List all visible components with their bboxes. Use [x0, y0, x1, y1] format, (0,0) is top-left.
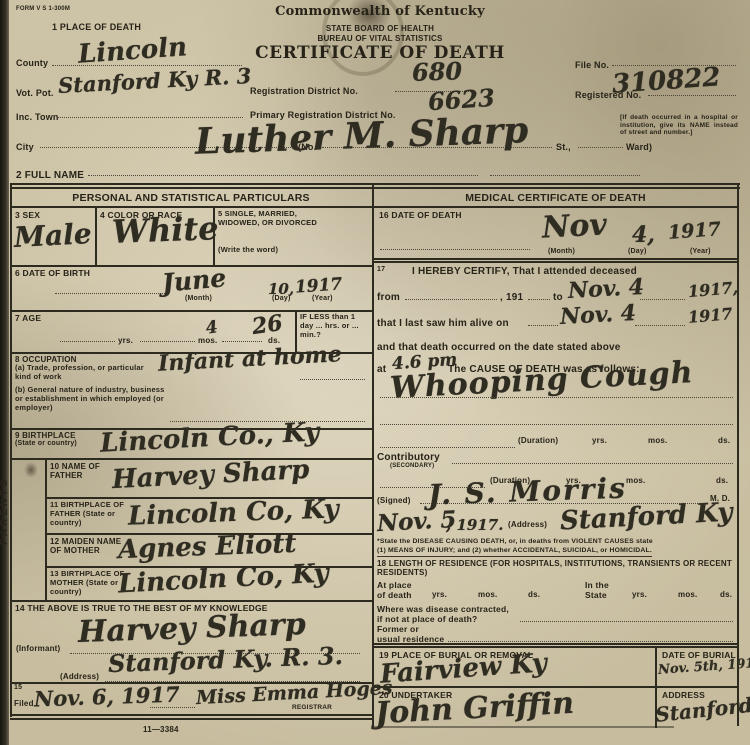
city-ward-leader: [578, 140, 623, 148]
footnote-line2: (1) MEANS OF INJURY; and (2) whether ACC…: [377, 547, 652, 557]
cause-leader1: [380, 390, 733, 398]
duration-leader0: [380, 440, 515, 448]
scan-edge-bar: [0, 0, 9, 745]
signed-address-value: Stanford Ky: [559, 500, 733, 535]
residence-label: 18 LENGTH OF RESIDENCE (FOR HOSPITALS, I…: [377, 559, 733, 578]
item-15-number: 15: [14, 684, 22, 692]
dob-label: 6 DATE OF BIRTH: [15, 268, 90, 278]
footnote-line1: *State the DISEASE CAUSING DEATH, or, in…: [377, 538, 653, 546]
contributory-leader: [452, 456, 733, 464]
to-label: to: [553, 292, 563, 304]
birthplace-hint: (State or country): [15, 440, 77, 448]
race-value: White: [111, 212, 219, 248]
hospital-note: [If death occurred in a hospital or inst…: [620, 114, 738, 137]
ink-blot: [24, 462, 38, 478]
birthplace-value: Lincoln Co., Ky: [99, 419, 319, 456]
to-year-value: 1917,: [687, 280, 738, 300]
registered-no-value: 310822: [611, 64, 721, 98]
last-saw-label: that I last saw him alive on: [377, 318, 509, 330]
occupation-value: Infant at home: [158, 343, 343, 375]
item-17-number: 17: [377, 266, 385, 274]
date-of-death-label: 16 DATE OF DEATH: [379, 210, 462, 220]
marital-label: 5 SINGLE, MARRIED, WIDOWED, OR DIVORCED: [218, 210, 330, 228]
father-birthplace-value: Lincoln Co, Ky: [128, 496, 340, 529]
age-yrs-label: yrs.: [118, 336, 133, 345]
medical-section-title: MEDICAL CERTIFICATE OF DEATH: [374, 192, 737, 204]
dod-month-value: Nov: [541, 210, 607, 243]
dod-day-value: 4,: [632, 224, 655, 246]
informant-label: (Informant): [16, 644, 60, 653]
vot-pot-value: Stanford Ky R. 3: [58, 65, 252, 96]
registration-district-label: Registration District No.: [250, 86, 358, 97]
duration2-mos-label: mos.: [626, 476, 645, 485]
dob-month-value: June: [161, 265, 227, 295]
sex-label: 3 SEX: [15, 210, 40, 220]
city-label: City: [16, 142, 34, 153]
duration-yrs-label: yrs.: [592, 436, 607, 445]
state-label: State: [585, 590, 607, 600]
death-certificate-scan: FORM V S 1-300M 1 PLACE OF DEATH Commonw…: [0, 0, 750, 745]
dob-year-caption: (Year): [312, 295, 333, 303]
dod-year-caption: (Year): [690, 248, 711, 256]
res2-mos-label: mos.: [678, 590, 697, 599]
place-of-death-label: 1 PLACE OF DEATH: [52, 22, 141, 33]
undertaker-value: John Griffin: [374, 689, 574, 729]
father-name-label: 10 NAME OF FATHER: [50, 462, 120, 481]
form-code: FORM V S 1-300M: [16, 6, 70, 13]
of-death-label: of death: [377, 590, 412, 600]
bureau-heading: BUREAU OF VITAL STATISTICS: [255, 34, 505, 43]
informant-address-value: Stanford Ky. R. 3.: [108, 644, 344, 676]
res2-ds-label: ds.: [720, 590, 732, 599]
city-st-label: St.,: [556, 142, 571, 153]
signed-address-label: (Address): [508, 520, 547, 529]
filed-leader: [150, 700, 195, 708]
res-yrs-label: yrs.: [432, 590, 447, 599]
dod-year-value: 1917: [667, 220, 721, 243]
certificate-title: CERTIFICATE OF DEATH: [255, 43, 505, 63]
dob-year-value: 1917: [294, 276, 342, 296]
county-label: County: [16, 58, 48, 69]
full-name-value: Luther M. Sharp: [194, 112, 528, 160]
to-date-value: Nov. 4: [567, 276, 644, 302]
registration-district-value: 680: [412, 59, 463, 85]
to-leader: [640, 292, 685, 300]
res-ds-label: ds.: [528, 590, 540, 599]
dob-leader: [55, 286, 165, 294]
secondary-label: (SECONDARY): [390, 463, 434, 470]
if-less-note: IF LESS than 1 day ... hrs. or ... min.?: [300, 313, 370, 340]
marital-hint: (Write the word): [218, 246, 338, 255]
registrar-label: REGISTRAR: [292, 704, 332, 712]
age-mos-value: 4: [205, 319, 219, 337]
county-value: Lincoln: [77, 34, 188, 68]
dob-month-caption: (Month): [185, 295, 212, 303]
mother-maiden-value: Agnes Eliott: [118, 531, 297, 563]
file-no-label: File No.: [575, 60, 609, 71]
from-year-printed: , 191: [500, 292, 523, 304]
duration2-ds-label: ds.: [716, 476, 728, 485]
signed-date-value: Nov. 5: [376, 508, 457, 535]
duration-label: (Duration): [518, 436, 558, 445]
informant-address-label: (Address): [60, 672, 99, 681]
last-saw-leader2: [635, 318, 685, 326]
age-label: 7 AGE: [15, 313, 41, 323]
age-ds-value: 26: [251, 312, 284, 338]
father-birthplace-label: 11 BIRTHPLACE OF FATHER (State or countr…: [50, 501, 135, 528]
in-the-label: In the: [585, 580, 609, 590]
vot-pot-label: Vot. Pot.: [16, 88, 54, 99]
signed-label: (Signed): [377, 496, 411, 505]
dod-day-caption: (Day): [628, 248, 647, 256]
full-name-label: 2 FULL NAME: [16, 170, 84, 182]
from-year-leader: [528, 292, 550, 300]
occupation-a-label: (a) Trade, profession, or particular kin…: [15, 364, 155, 382]
state-board-heading: STATE BOARD OF HEALTH: [255, 24, 505, 33]
at-place-label: At place: [377, 580, 412, 590]
former-residence-leader: [448, 634, 733, 642]
last-saw-date-value: Nov. 4: [559, 302, 636, 328]
age-leader2: [140, 334, 195, 342]
last-saw-year-value: 1917: [687, 306, 733, 326]
full-name-leader: [88, 168, 478, 176]
dob-day-caption: (Day): [272, 295, 291, 303]
personal-section-title: PERSONAL AND STATISTICAL PARTICULARS: [10, 192, 372, 204]
commonwealth-heading: Commonwealth of Kentucky: [255, 4, 505, 19]
filed-label: Filed: [14, 699, 34, 708]
inc-town-label: Inc. Town: [16, 112, 59, 123]
last-saw-leader: [528, 318, 558, 326]
contracted-leader: [520, 614, 733, 622]
from-label: from: [377, 292, 400, 304]
from-leader: [405, 292, 497, 300]
duration-ds-label: ds.: [718, 436, 730, 445]
inc-town-leader: [58, 110, 243, 118]
sex-value: Male: [13, 220, 92, 252]
at-label: at: [377, 364, 386, 376]
res2-yrs-label: yrs.: [632, 590, 647, 599]
cause-leader2: [380, 417, 733, 425]
age-leader1: [60, 334, 115, 342]
plate-code: 11—3384: [143, 725, 179, 734]
parents-label: PARENTS: [0, 477, 11, 545]
full-name-leader2: [490, 168, 640, 176]
signed-year-value: , 1917.: [446, 518, 503, 533]
dod-leader: [380, 242, 530, 250]
occupation-leader1: [300, 372, 365, 380]
city-ward-label: Ward): [626, 142, 652, 153]
dod-month-caption: (Month): [548, 248, 575, 256]
informant-value: Harvey Sharp: [78, 610, 307, 648]
duration-mos-label: mos.: [648, 436, 667, 445]
father-name-value: Harvey Sharp: [111, 457, 309, 493]
occupation-b-label: (b) General nature of industry, business…: [15, 386, 165, 413]
res-mos-label: mos.: [478, 590, 497, 599]
